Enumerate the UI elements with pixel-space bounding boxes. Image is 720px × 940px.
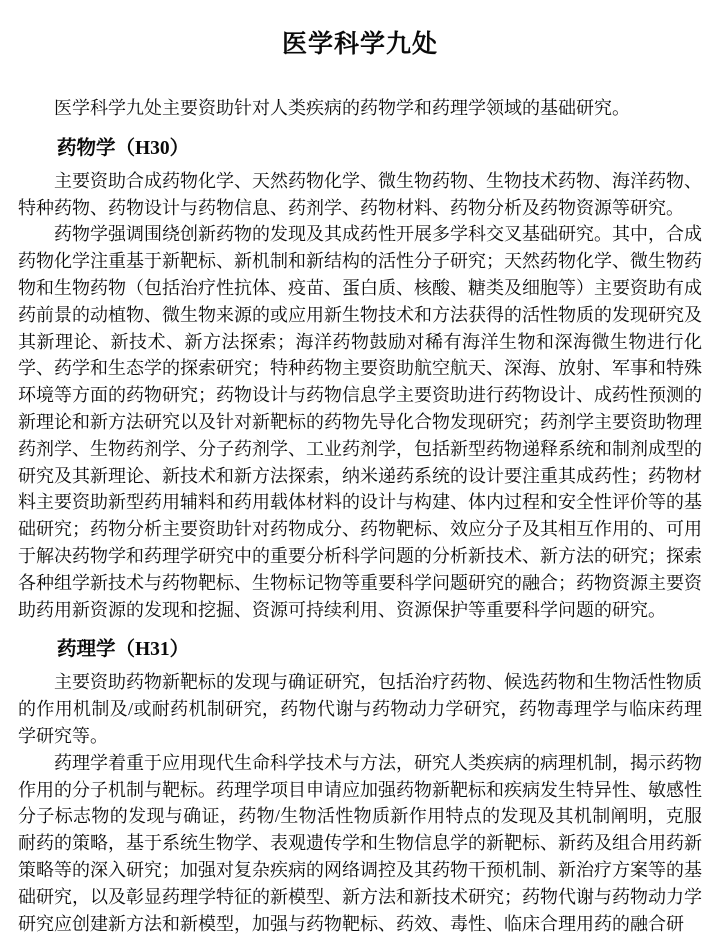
pharmacy-detail-paragraph: 药物学强调围绕创新药物的发现及其成药性开展多学科交叉基础研究。其中，合成药物化学… (18, 221, 702, 623)
intro-paragraph: 医学科学九处主要资助针对人类疾病的药物学和药理学领域的基础研究。 (18, 95, 702, 122)
document-title: 医学科学九处 (18, 26, 702, 64)
section-heading-pharmacology-h31: 药理学（H31） (18, 636, 702, 664)
pharmacy-scope-paragraph: 主要资助合成药物化学、天然药物化学、微生物药物、生物技术药物、海洋药物、特种药物… (18, 168, 702, 222)
pharmacology-detail-paragraph: 药理学着重于应用现代生命科学技术与方法，研究人类疾病的病理机制，揭示药物作用的分… (18, 750, 702, 938)
section-heading-pharmacy-h30: 药物学（H30） (18, 135, 702, 163)
pharmacology-scope-paragraph: 主要资助药物新靶标的发现与确证研究，包括治疗药物、候选药物和生物活性物质的作用机… (18, 669, 702, 749)
document-page: 医学科学九处 医学科学九处主要资助针对人类疾病的药物学和药理学领域的基础研究。 … (0, 0, 720, 940)
